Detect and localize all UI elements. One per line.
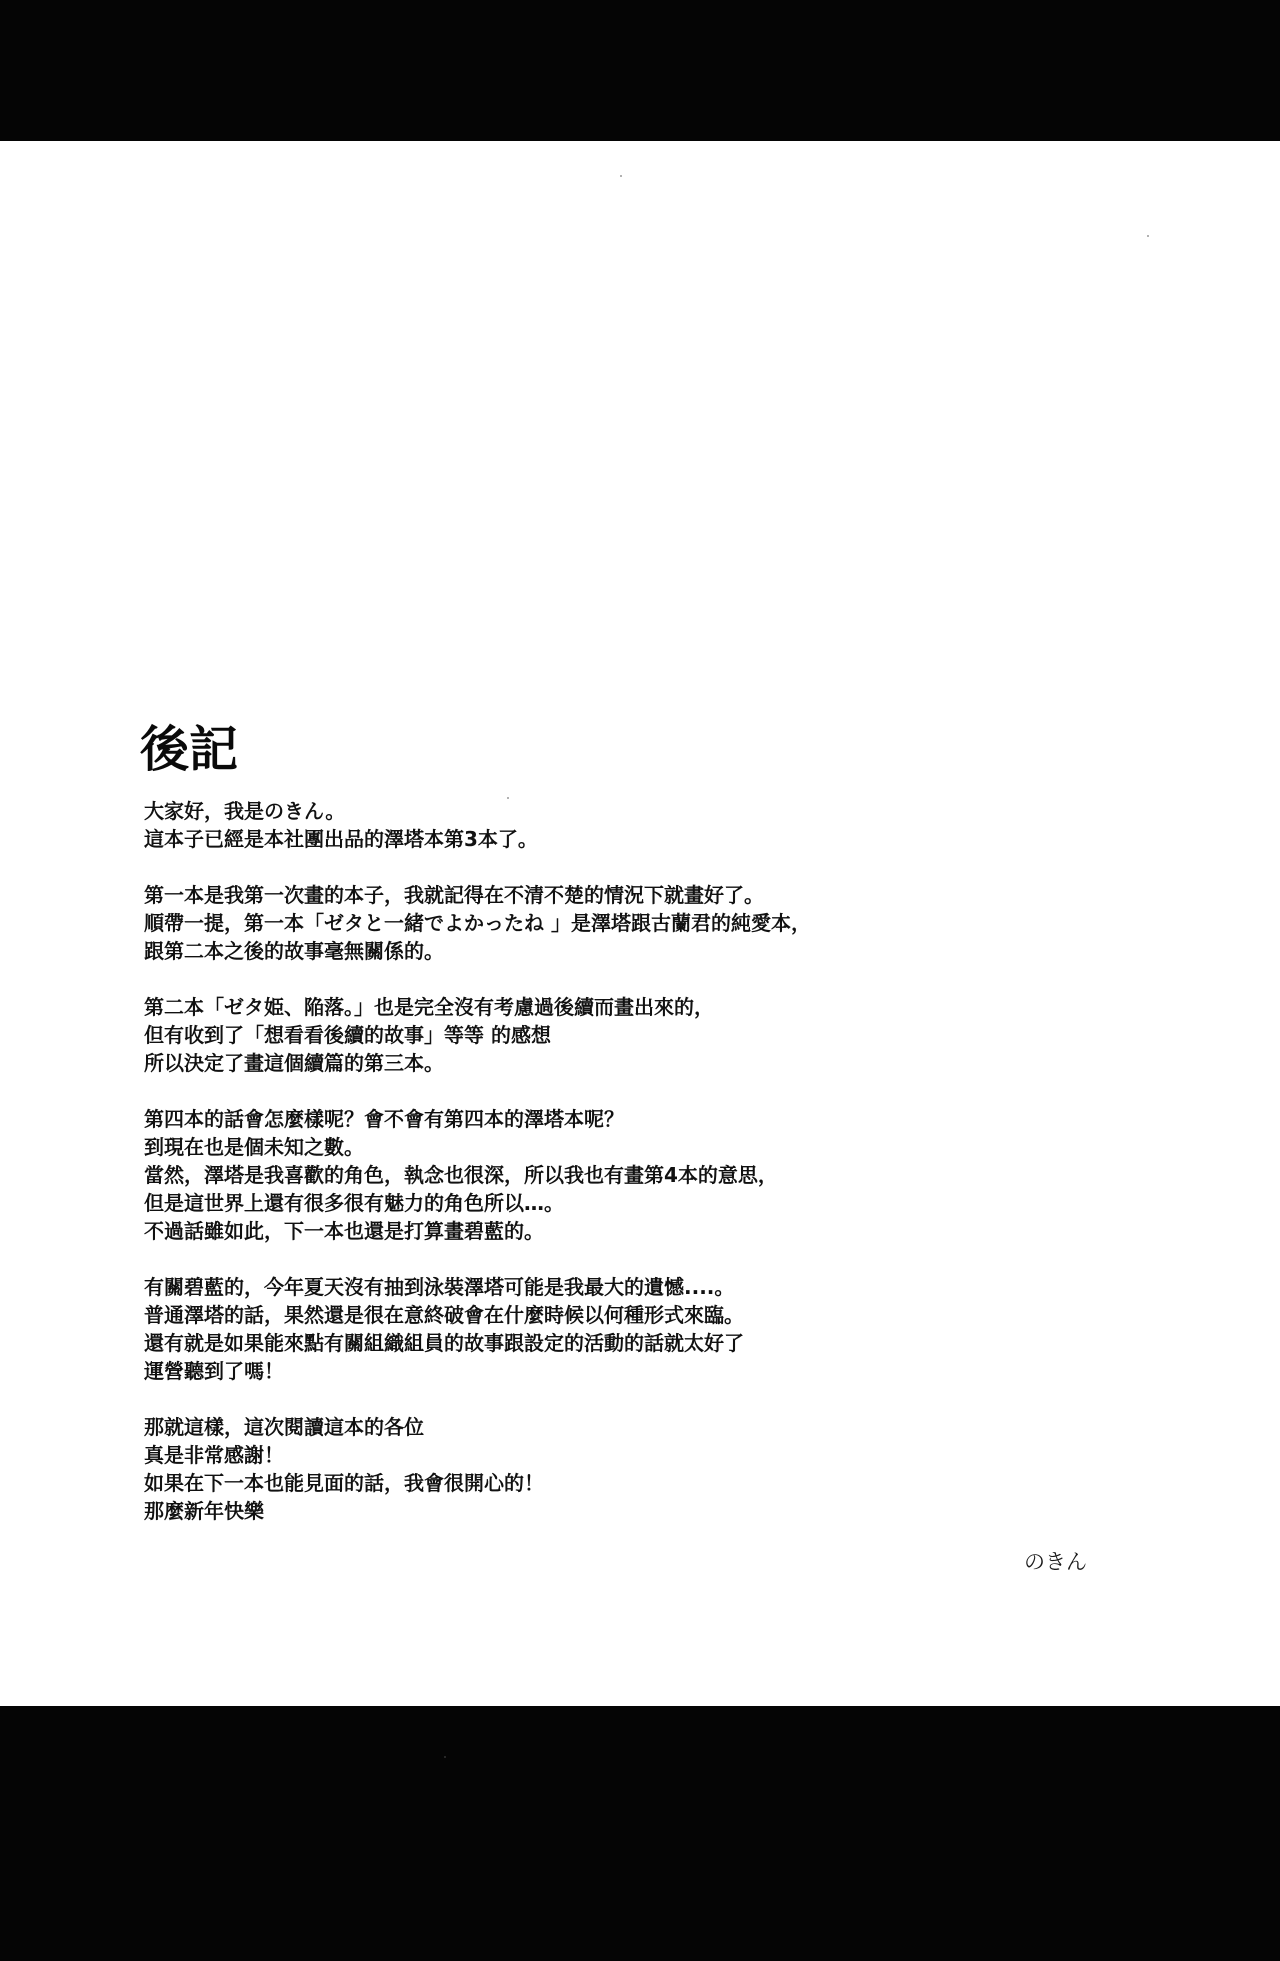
text-line: 第四本的話會怎麼樣呢？會不會有第四本的澤塔本呢？ <box>144 1105 1044 1133</box>
text-line: 當然，澤塔是我喜歡的角色，執念也很深，所以我也有畫第4本的意思， <box>144 1161 1044 1189</box>
author-signature: のきん <box>1024 1547 1087 1577</box>
text-line: 真是非常感謝！ <box>144 1441 1044 1469</box>
text-line: 運營聽到了嗎！ <box>144 1357 1044 1385</box>
paragraph-greeting: 大家好，我是のきん。 這本子已經是本社團出品的澤塔本第3本了。 <box>144 797 1044 853</box>
top-black-band <box>0 0 1280 141</box>
text-line: 大家好，我是のきん。 <box>144 797 1044 825</box>
text-line: 但是這世界上還有很多很有魅力的角色所以…。 <box>144 1189 1044 1217</box>
paragraph-second-book: 第二本「ゼタ姫、陥落。」也是完全沒有考慮過後續而畫出來的， 但有收到了「想看看後… <box>144 993 1044 1077</box>
paragraph-thanks: 那就這樣，這次閱讀這本的各位 真是非常感謝！ 如果在下一本也能見面的話，我會很開… <box>144 1413 1044 1525</box>
text-line: 第一本是我第一次畫的本子，我就記得在不清不楚的情況下就畫好了。 <box>144 881 1044 909</box>
bottom-black-band <box>0 1706 1280 1961</box>
scan-speck <box>1147 235 1149 237</box>
paragraph-fourth-book: 第四本的話會怎麼樣呢？會不會有第四本的澤塔本呢？ 到現在也是個未知之數。 當然，… <box>144 1105 1044 1245</box>
text-line: 如果在下一本也能見面的話，我會很開心的！ <box>144 1469 1044 1497</box>
scan-speck <box>444 1756 446 1758</box>
text-line: 到現在也是個未知之數。 <box>144 1133 1044 1161</box>
text-line: 還有就是如果能來點有關組織組員的故事跟設定的活動的話就太好了 <box>144 1329 1044 1357</box>
scan-speck <box>620 175 622 177</box>
text-line: 這本子已經是本社團出品的澤塔本第3本了。 <box>144 825 1044 853</box>
text-line: 不過話雖如此，下一本也還是打算畫碧藍的。 <box>144 1217 1044 1245</box>
text-line: 那麼新年快樂 <box>144 1497 1044 1525</box>
paragraph-granblue: 有關碧藍的，今年夏天沒有抽到泳裝澤塔可能是我最大的遺憾....。 普通澤塔的話，… <box>144 1273 1044 1385</box>
text-line: 有關碧藍的，今年夏天沒有抽到泳裝澤塔可能是我最大的遺憾....。 <box>144 1273 1044 1301</box>
text-line: 跟第二本之後的故事毫無關係的。 <box>144 937 1044 965</box>
paragraph-first-book: 第一本是我第一次畫的本子，我就記得在不清不楚的情況下就畫好了。 順帶一提，第一本… <box>144 881 1044 965</box>
text-line: 所以決定了畫這個續篇的第三本。 <box>144 1049 1044 1077</box>
page-title: 後記 <box>140 719 238 781</box>
text-line: 那就這樣，這次閱讀這本的各位 <box>144 1413 1044 1441</box>
text-line: 順帶一提，第一本「ゼタと一緒でよかったね 」是澤塔跟古蘭君的純愛本， <box>144 909 1044 937</box>
text-line: 第二本「ゼタ姫、陥落。」也是完全沒有考慮過後續而畫出來的， <box>144 993 1044 1021</box>
afterword-body: 大家好，我是のきん。 這本子已經是本社團出品的澤塔本第3本了。 第一本是我第一次… <box>144 797 1044 1553</box>
text-line: 但有收到了「想看看後續的故事」等等 的感想 <box>144 1021 1044 1049</box>
text-line: 普通澤塔的話，果然還是很在意終破會在什麼時候以何種形式來臨。 <box>144 1301 1044 1329</box>
